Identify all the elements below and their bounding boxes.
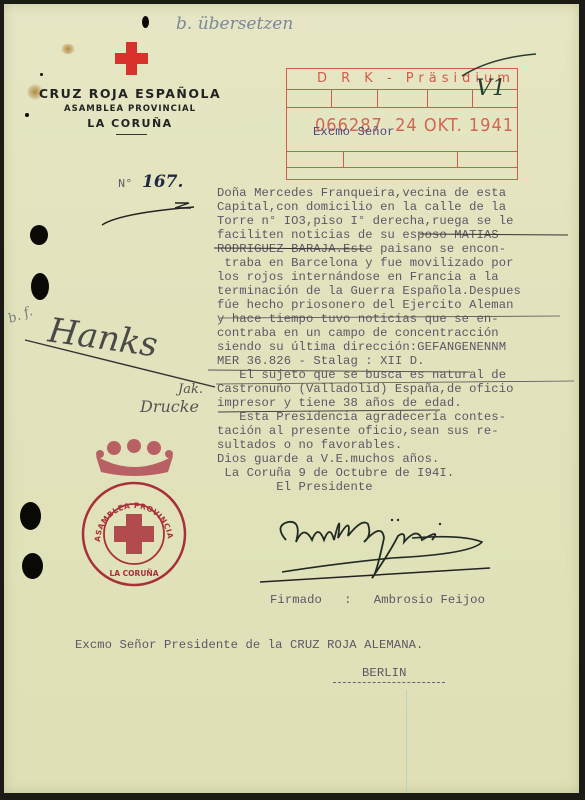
- margin-note: Drucke: [140, 397, 199, 416]
- signed-by: Firmado : Ambrosio Feijoo: [270, 593, 485, 607]
- margin-note: Jak.: [178, 382, 203, 397]
- addressee-city: BERLIN: [362, 666, 406, 680]
- svg-text:LA CORUÑA: LA CORUÑA: [109, 569, 158, 578]
- paper-crease: [406, 690, 407, 793]
- crown-icon: [92, 438, 177, 478]
- addressee: Excmo Señor Presidente de la CRUZ ROJA A…: [75, 638, 423, 652]
- provincial-seal: ASAMBLEA PROVINCIAL DE LA CRUZ ROJA LA C…: [80, 480, 188, 588]
- city-underline: [333, 682, 445, 683]
- pencil-underlines: [0, 0, 585, 800]
- president-signature: [272, 512, 502, 582]
